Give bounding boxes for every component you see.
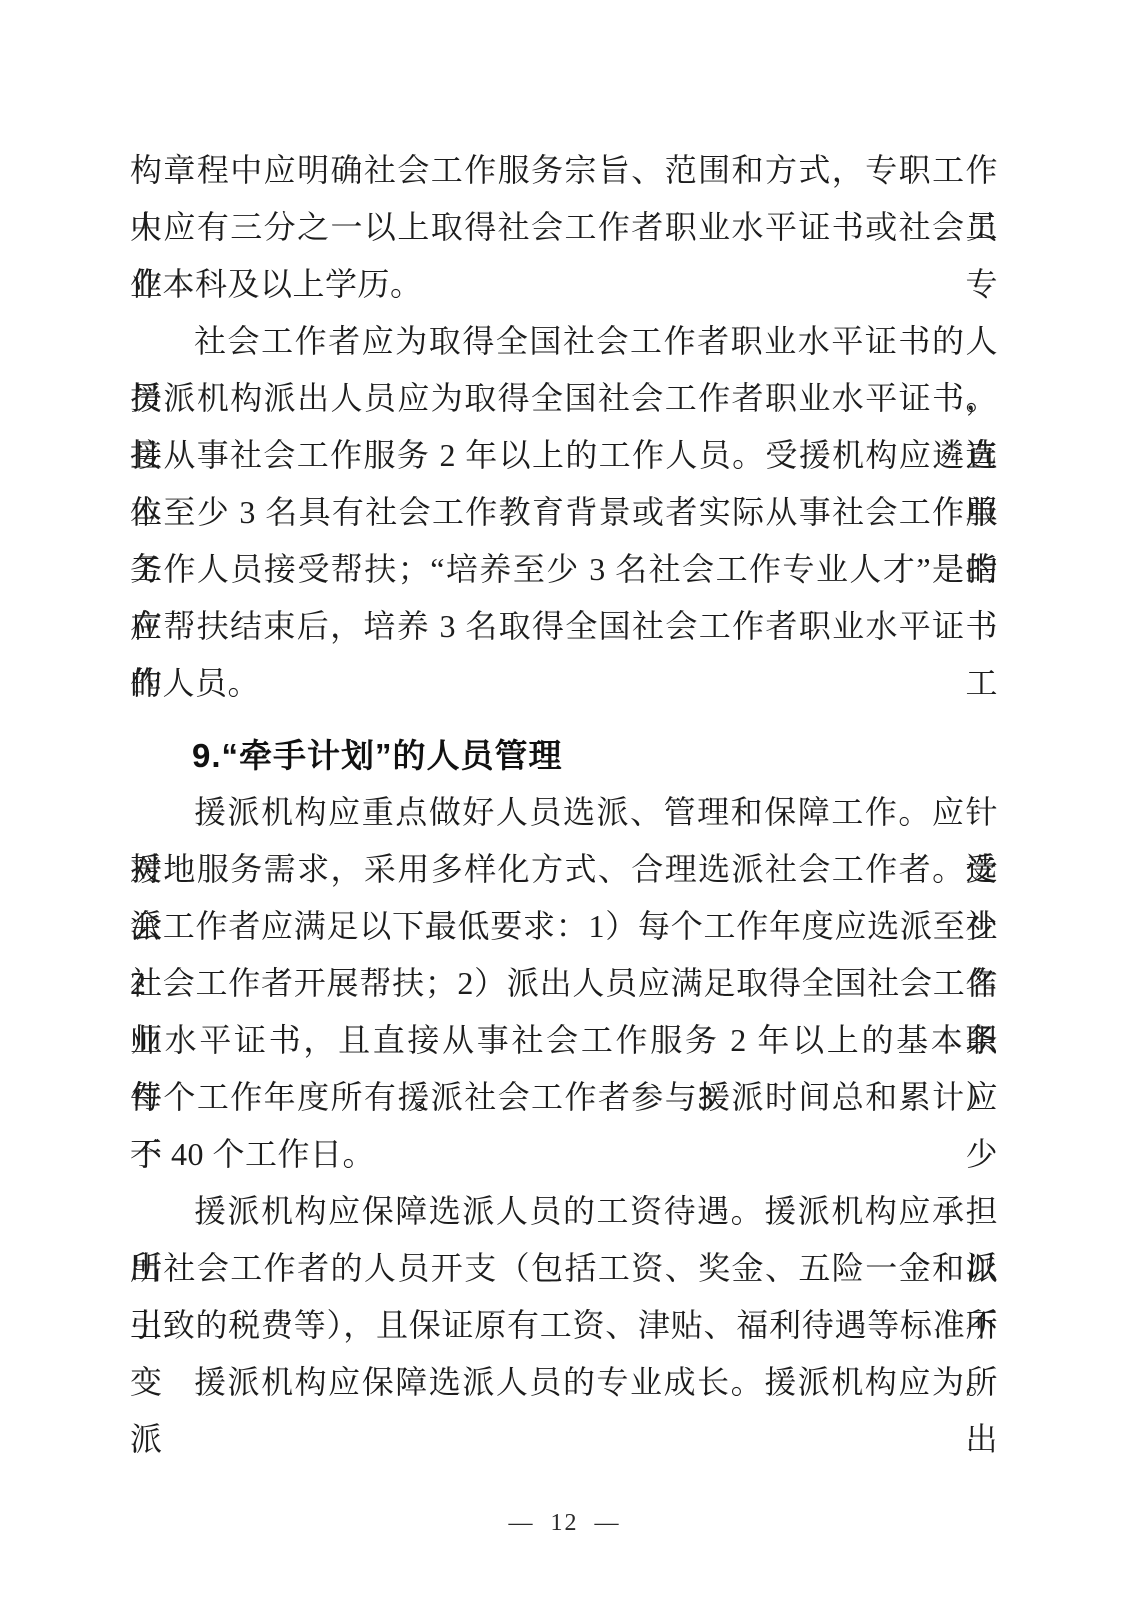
paragraph-line: 援派机构应保障选派人员的专业成长。援派机构应为所派出 [130,1354,998,1411]
page-number: — 12 — [0,1510,1129,1537]
paragraph-line: 位至少 3 名具有社会工作教育背景或者实际从事社会工作服务的 [130,484,998,541]
paragraph-line: 业水平证书，且直接从事社会工作服务 2 年以上的基本条件。3） [130,1012,998,1069]
paragraph-line: 援派机构应保障选派人员的工资待遇。援派机构应承担所派 [130,1183,998,1240]
paragraph-line: 中应有三分之一以上取得社会工作者职业水平证书或社会工作专 [130,199,998,256]
paragraph-line: 接从事社会工作服务 2 年以上的工作人员。受援机构应遴选本单 [130,427,998,484]
paragraph-line: 引致的税费等），且保证原有工资、津贴、福利待遇等标准不变。 [130,1297,998,1354]
paragraph-line: 在帮扶结束后，培养 3 名取得全国社会工作者职业水平证书的工 [130,598,998,655]
paragraph-line: 工作人员接受帮扶；“培养至少 3 名社会工作专业人才”是指应 [130,541,998,598]
paragraph-line: 援派机构派出人员应为取得全国社会工作者职业水平证书，且直 [130,370,998,427]
paragraph-line: 援地服务需求，采用多样化方式、合理选派社会工作者。选派社 [130,841,998,898]
document-body: 构章程中应明确社会工作服务宗旨、范围和方式，专职工作人员 中应有三分之一以上取得… [130,142,998,1411]
document-page: 构章程中应明确社会工作服务宗旨、范围和方式，专职工作人员 中应有三分之一以上取得… [0,0,1129,1600]
section-heading: 9.“牵手计划”的人员管理 [130,727,998,784]
paragraph-line: 社会工作者开展帮扶；2）派出人员应满足取得全国社会工作师职 [130,955,998,1012]
paragraph-line: 社会工作者应为取得全国社会工作者职业水平证书的人员。 [130,313,998,370]
paragraph-line: 会工作者应满足以下最低要求：1）每个工作年度应选派至少 2 名 [130,898,998,955]
paragraph-line: 每个工作年度所有援派社会工作者参与援派时间总和累计应不少 [130,1069,998,1126]
paragraph-line: 出社会工作者的人员开支（包括工资、奖金、五险一金和以上所 [130,1240,998,1297]
paragraph-line: 构章程中应明确社会工作服务宗旨、范围和方式，专职工作人员 [130,142,998,199]
paragraph-line: 援派机构应重点做好人员选派、管理和保障工作。应针对受 [130,784,998,841]
